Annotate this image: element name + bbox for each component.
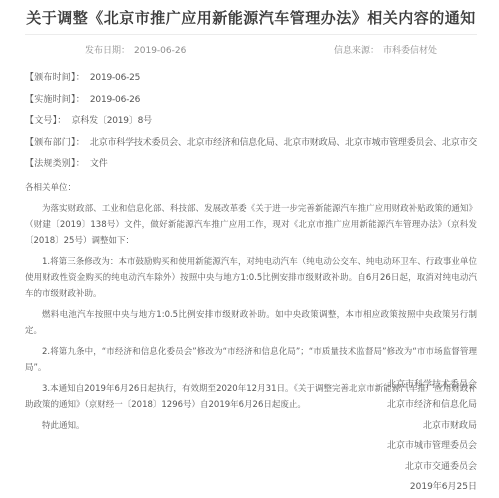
field-label: 【法规类别】： [25, 159, 85, 169]
field-row-doc-number: 【文号】：京科发〔2019〕8号 [25, 115, 477, 127]
info-source-label: 信息来源： [334, 46, 379, 56]
signature-block: 北京市科学技术委员会 北京市经济和信息化局 北京市财政局 北京市城市管理委员会 … [387, 370, 477, 493]
paragraph-fuel-cell: 燃料电池汽车按照中央与地方1:0.5比例安排市级财政补助。如中央政策调整，本市相… [25, 307, 477, 339]
signature-line: 北京市财政局 [387, 420, 477, 432]
field-label: 【文号】： [25, 116, 67, 126]
page-title: 关于调整《北京市推广应用新能源汽车管理办法》相关内容的通知 [25, 8, 477, 29]
field-row-regulation-category: 【法规类别】：文件 [25, 158, 477, 170]
signature-line: 北京市城市管理委员会 [387, 440, 477, 452]
signature-line: 北京市经济和信息化局 [387, 399, 477, 411]
paragraph-item-1: 1.将第三条修改为：本市鼓励购买和使用新能源汽车，对纯电动汽车（纯电动公交车、纯… [25, 254, 477, 302]
signature-date: 2019年6月25日 [387, 481, 477, 493]
field-row-effective-time: 【实施时间】：2019-06-26 [25, 94, 477, 106]
meta-bar: 发布日期：2019-06-26 信息来源：市科委信材处 [25, 43, 477, 56]
salutation: 各相关单位： [25, 180, 477, 196]
publish-date: 发布日期：2019-06-26 [85, 43, 186, 56]
signature-line: 北京市交通委员会 [387, 461, 477, 473]
publish-date-label: 发布日期： [85, 46, 130, 56]
field-label: 【实施时间】： [25, 95, 85, 105]
title-divider [25, 34, 477, 35]
field-row-issue-time: 【颁布时间】：2019-06-25 [25, 72, 477, 84]
field-value: 京科发〔2019〕8号 [72, 116, 152, 126]
field-label: 【颁布时间】： [25, 73, 85, 83]
field-value: 2019-06-25 [90, 73, 140, 83]
field-value: 文件 [90, 159, 108, 169]
field-value: 2019-06-26 [90, 95, 140, 105]
field-row-issuing-departments: 【颁布部门】：北京市科学技术委员会、北京市经济和信息化局、北京市财政局、北京市城… [25, 137, 477, 149]
field-value: 北京市科学技术委员会、北京市经济和信息化局、北京市财政局、北京市城市管理委员会、… [90, 138, 477, 148]
notice-page: 关于调整《北京市推广应用新能源汽车管理办法》相关内容的通知 发布日期：2019-… [0, 0, 499, 498]
signature-line: 北京市科学技术委员会 [387, 379, 477, 391]
info-source-value: 市科委信材处 [383, 46, 437, 56]
publish-date-value: 2019-06-26 [134, 46, 186, 56]
paragraph-intro: 为落实财政部、工业和信息化部、科技部、发展改革委《关于进一步完善新能源汽车推广应… [25, 201, 477, 249]
info-source: 信息来源：市科委信材处 [334, 43, 437, 56]
field-label: 【颁布部门】： [25, 138, 85, 148]
metadata-fields: 【颁布时间】：2019-06-25 【实施时间】：2019-06-26 【文号】… [25, 72, 477, 170]
